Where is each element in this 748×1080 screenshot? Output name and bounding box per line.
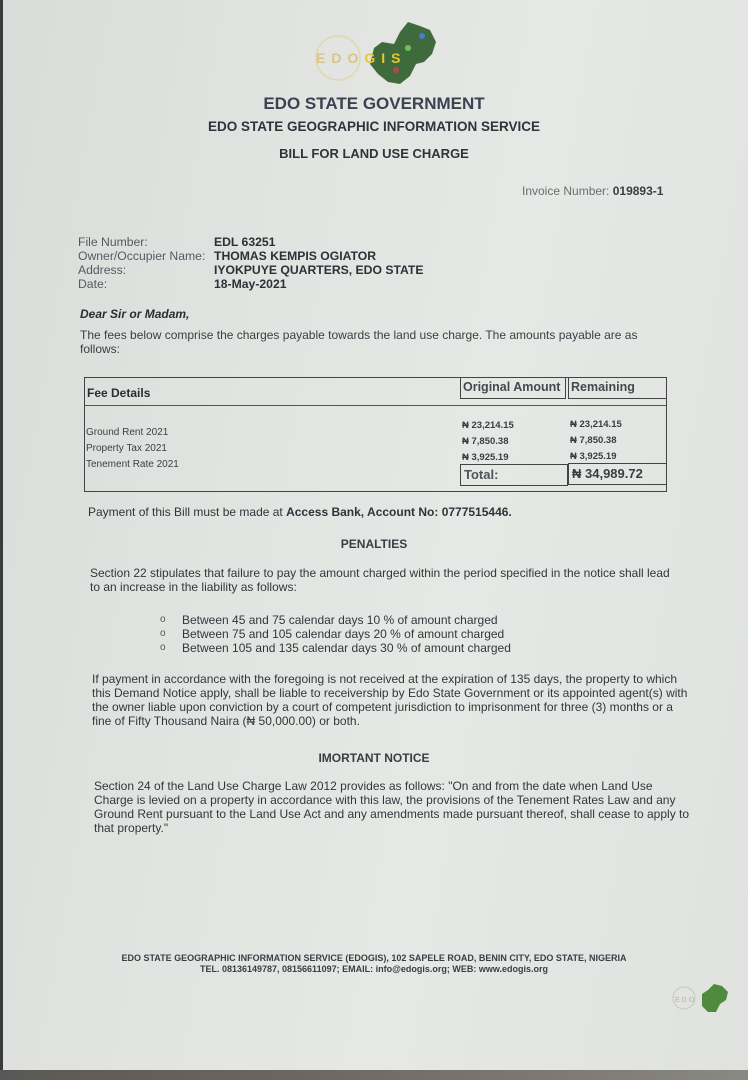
bullet-icon: o xyxy=(160,641,182,655)
footer-address: EDO STATE GEOGRAPHIC INFORMATION SERVICE… xyxy=(0,953,748,964)
fee-name: Tenement Rate 2021 xyxy=(86,457,179,473)
invoice-label: Invoice Number: xyxy=(522,184,609,198)
penalty-list: oBetween 45 and 75 calendar days 10 % of… xyxy=(160,613,511,655)
fee-name: Property Tax 2021 xyxy=(86,441,179,457)
header-original-amount: Original Amount xyxy=(460,377,566,399)
remaining-amount: ₦ 23,214.15 xyxy=(570,417,622,433)
table-divider xyxy=(85,405,666,406)
fee-table: Fee Details Original Amount Remaining Gr… xyxy=(84,377,667,492)
penalties-heading: PENALTIES xyxy=(0,537,748,551)
footer-contacts: TEL. 08136149787, 08156611097; EMAIL: in… xyxy=(0,964,748,975)
original-amount: ₦ 23,214.15 xyxy=(462,418,514,434)
remaining-amount: ₦ 7,850.38 xyxy=(570,433,622,449)
total-value: ₦ 34,989.72 xyxy=(568,463,667,485)
agency-title: EDO STATE GEOGRAPHIC INFORMATION SERVICE xyxy=(0,119,748,134)
salutation: Dear Sir or Madam, xyxy=(80,307,189,321)
payment-instruction: Payment of this Bill must be made at Acc… xyxy=(88,505,512,519)
svg-text:EDO: EDO xyxy=(675,997,696,1004)
intro-paragraph: The fees below comprise the charges paya… xyxy=(80,328,680,356)
invoice-value: 019893-1 xyxy=(613,184,664,198)
notice-paragraph: Section 24 of the Land Use Charge Law 20… xyxy=(94,779,694,835)
detail-file-number: File Number: EDL 63251 xyxy=(78,235,423,249)
edo-state-map-icon: EDO xyxy=(670,980,732,1016)
detail-address: Address: IYOKPUYE QUARTERS, EDO STATE xyxy=(78,263,423,277)
penalty-item: oBetween 105 and 135 calendar days 30 % … xyxy=(160,641,511,655)
detail-owner-name: Owner/Occupier Name: THOMAS KEMPIS OGIAT… xyxy=(78,249,423,263)
fee-names: Ground Rent 2021 Property Tax 2021 Tenem… xyxy=(86,425,179,473)
header-remaining: Remaining xyxy=(568,377,667,399)
edogis-footer-logo: EDO xyxy=(670,980,732,1016)
logo-text-gis: GIS xyxy=(364,50,406,66)
government-title: EDO STATE GOVERNMENT xyxy=(0,94,748,114)
bullet-icon: o xyxy=(160,627,182,641)
penalty-item: oBetween 75 and 105 calendar days 20 % o… xyxy=(160,627,511,641)
logo-text-edo: EDO xyxy=(316,50,364,66)
receivership-paragraph: If payment in accordance with the forego… xyxy=(92,672,690,728)
bank-account: Access Bank, Account No: 0777515446. xyxy=(286,505,512,519)
original-amounts: ₦ 23,214.15 ₦ 7,850.38 ₦ 3,925.19 xyxy=(462,418,514,466)
desk-surface xyxy=(0,1070,748,1080)
footer-contact: EDO STATE GEOGRAPHIC INFORMATION SERVICE… xyxy=(0,953,748,975)
penalties-paragraph: Section 22 stipulates that failure to pa… xyxy=(90,566,675,594)
penalty-item: oBetween 45 and 75 calendar days 10 % of… xyxy=(160,613,511,627)
fee-name: Ground Rent 2021 xyxy=(86,425,179,441)
header-fee-details: Fee Details xyxy=(87,386,150,400)
invoice-number: Invoice Number: 019893-1 xyxy=(522,184,663,198)
remaining-amounts: ₦ 23,214.15 ₦ 7,850.38 ₦ 3,925.19 xyxy=(570,417,622,465)
bill-details: File Number: EDL 63251 Owner/Occupier Na… xyxy=(78,235,423,291)
bill-title: BILL FOR LAND USE CHARGE xyxy=(0,146,748,161)
important-notice-heading: IMORTANT NOTICE xyxy=(0,751,748,765)
edogis-logo: EDOGIS xyxy=(312,18,442,90)
detail-date: Date: 18-May-2021 xyxy=(78,277,423,291)
total-label: Total: xyxy=(460,464,568,486)
original-amount: ₦ 7,850.38 xyxy=(462,434,514,450)
bullet-icon: o xyxy=(160,613,182,627)
